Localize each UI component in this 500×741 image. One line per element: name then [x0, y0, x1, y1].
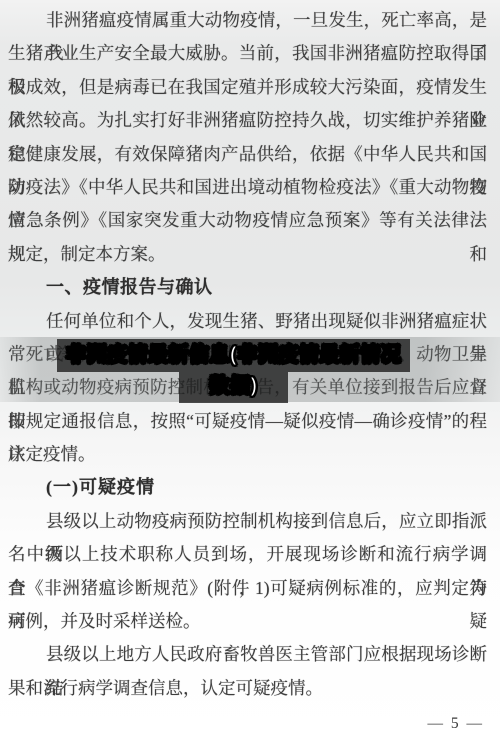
text-line: 一、疫情报告与确认 — [8, 271, 487, 304]
text-line: 果和流行病学调查信息，认定可疑疫情。 — [8, 672, 487, 705]
text-line: 任何单位和个人，发现生猪、野猪出现疑似非洲猪瘟症状或异 — [8, 305, 487, 338]
text-line: 应急条例》《国家突发重大动物疫情应急预案》等有关法律法规和 — [8, 204, 487, 237]
watermark-title-line2: 数据) — [179, 372, 287, 403]
scanned-document-page: { "document": { "lines": [ {"text": "非洲猪… — [0, 0, 500, 741]
text-line: 依然较高。为扎实打好非洲猪瘟防控持久战，切实维护养猪业稳 — [8, 104, 487, 137]
text-line: 县级以上动物疫病预防控制机构接到信息后，应立即指派两 — [8, 505, 487, 538]
watermark-title: 非洲疫情最新信息(非洲疫情最新情况 数据) — [57, 339, 410, 403]
text-line: 认定疫情。 — [8, 438, 487, 471]
text-line: 非洲猪瘟疫情属重大动物疫情，一旦发生，死亡率高，是我国 — [8, 4, 487, 37]
text-line: (一)可疑疫情 — [8, 471, 487, 504]
text-line: 合《非洲猪瘟诊断规范》(附件 1)可疑病例标准的，应判定为可疑 — [8, 572, 487, 605]
text-line: 按规定通报信息，按照“可疑疫情—疑似疫情—确诊疫情”的程序 — [8, 405, 487, 438]
text-line: 定健康发展，有效保障猪肉产品供给，依据《中华人民共和国动物 — [8, 138, 487, 171]
text-line: 名中级以上技术职称人员到场，开展现场诊断和流行病学调查，符 — [8, 538, 487, 571]
text-line: 生猪产业生产安全最大威胁。当前，我国非洲猪瘟防控取得了积 — [8, 37, 487, 70]
page-number: — 5 — — [0, 715, 500, 733]
text-line: 极成效，但是病毒已在我国定殖并形成较大污染面，疫情发生风险 — [8, 71, 487, 104]
text-line: 防疫法》《中华人民共和国进出境动植物检疫法》《重大动物疫情 — [8, 171, 487, 204]
text-line: 县级以上地方人民政府畜牧兽医主管部门应根据现场诊断结 — [8, 638, 487, 671]
watermark-title-line1: 非洲疫情最新信息(非洲疫情最新情况 — [57, 339, 410, 372]
